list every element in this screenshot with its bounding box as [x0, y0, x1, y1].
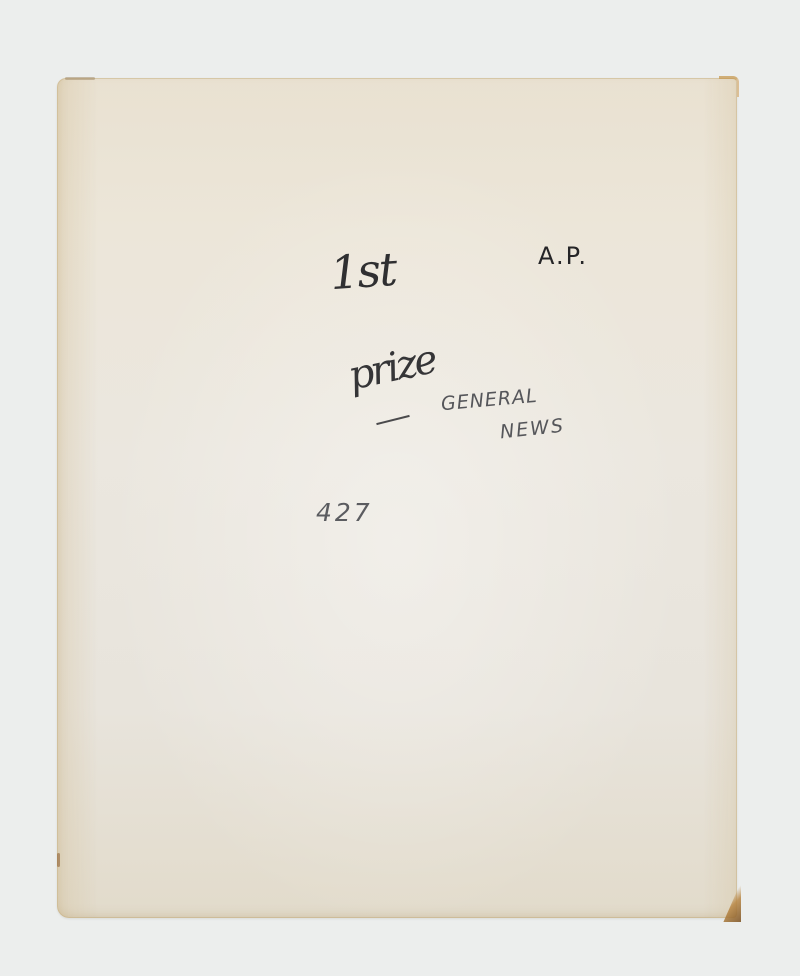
edge-spot-left: [57, 853, 60, 867]
edge-stain-top-left: [65, 77, 95, 80]
edge-stain-top-right: [719, 76, 739, 97]
torn-corner-bottom-right: [719, 882, 741, 922]
annotation-first: 1st: [328, 246, 396, 296]
annotation-agency: A.P.: [538, 244, 588, 268]
annotation-number: 427: [316, 500, 373, 525]
print-mount-verso: [57, 78, 737, 918]
